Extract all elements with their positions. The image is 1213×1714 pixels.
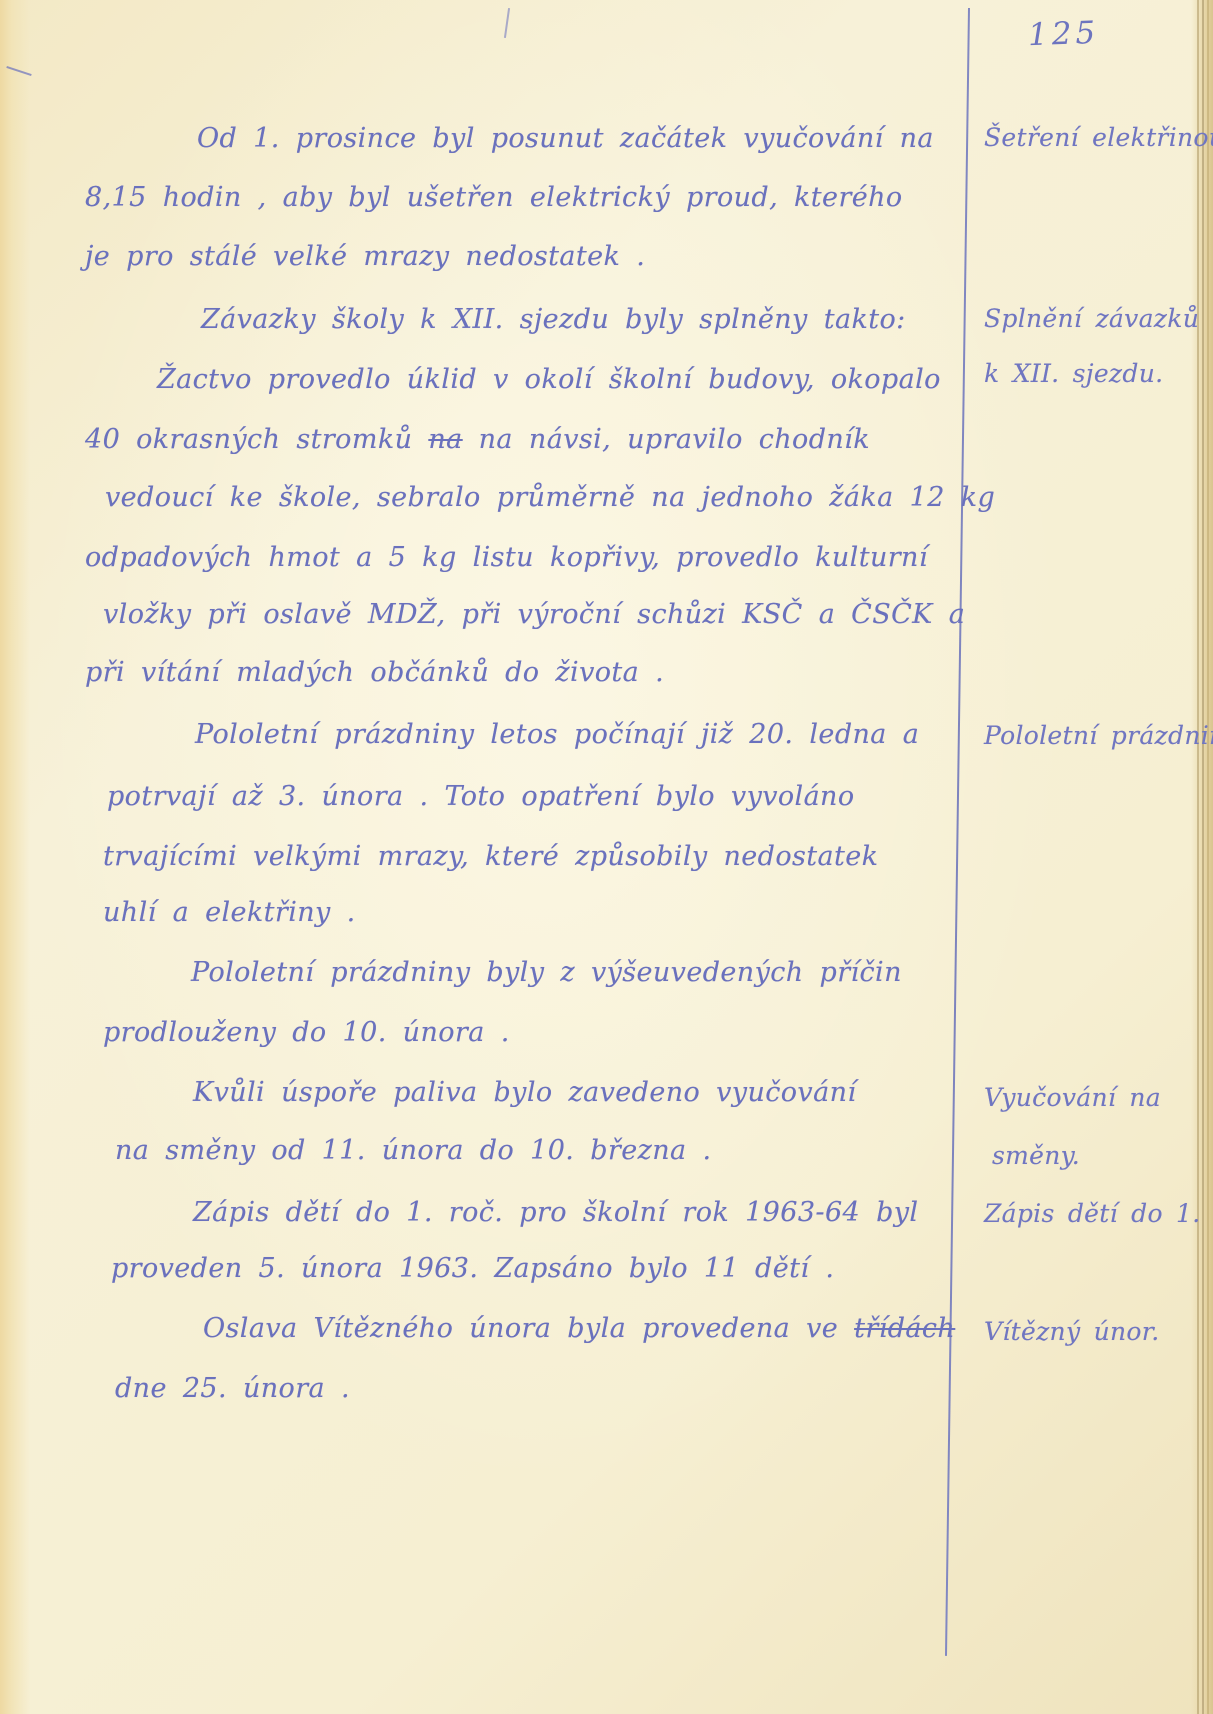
handwritten-line: Pololetní prázdniny byly z výšeuvedených…	[85, 956, 902, 990]
handwritten-line: je pro stálé velké mrazy nedostatek .	[85, 240, 645, 274]
handwritten-line: proveden 5. února 1963. Zapsáno bylo 11 …	[85, 1252, 834, 1286]
handwritten-line: Kvůli úspoře paliva bylo zavedeno vyučov…	[85, 1076, 856, 1110]
margin-note-pledges-line2: k XII. sjezdu.	[984, 358, 1163, 390]
handwritten-line: dne 25. února .	[85, 1372, 350, 1406]
page-edge-left	[0, 0, 30, 1714]
margin-note-shifts-line2: směny.	[984, 1140, 1080, 1172]
margin-note-february: Vítězný únor.	[984, 1316, 1160, 1348]
handwritten-line: vedoucí ke škole, sebralo průměrně na je…	[85, 481, 995, 515]
margin-note-pledges-line1: Splnění závazků	[984, 303, 1199, 335]
struck-word: třídách	[854, 1313, 955, 1344]
line-text: 40 okrasných stromků	[85, 424, 428, 455]
struck-word: na	[428, 424, 462, 455]
handwritten-line: Zápis dětí do 1. roč. pro školní rok 196…	[85, 1196, 918, 1230]
chronicle-page: { "page": { "number": "125" }, "colors":…	[0, 0, 1213, 1714]
handwritten-line: uhlí a elektřiny .	[85, 896, 356, 930]
handwritten-line: potrvají až 3. února . Toto opatření byl…	[85, 780, 855, 814]
handwritten-line: Od 1. prosince byl posunut začátek vyučo…	[85, 122, 934, 156]
handwritten-line: odpadových hmot a 5 kg listu kopřivy, pr…	[85, 541, 928, 575]
stray-ink-mark	[504, 8, 510, 38]
handwritten-line: na směny od 11. února do 10. března .	[85, 1134, 711, 1168]
handwritten-line: vložky při oslavě MDŽ, při výroční schůz…	[85, 598, 965, 632]
handwritten-line: Oslava Vítězného února byla provedena ve…	[85, 1312, 955, 1346]
handwritten-line: Pololetní prázdniny letos počínají již 2…	[85, 718, 919, 752]
line-text: Oslava Vítězného února byla provedena ve	[203, 1313, 854, 1344]
handwritten-line: 40 okrasných stromků na na návsi, upravi…	[85, 423, 870, 457]
margin-column-rule	[945, 8, 970, 1656]
handwritten-line: 8,15 hodin , aby byl ušetřen elektrický …	[85, 181, 903, 215]
handwritten-line: Žactvo provedlo úklid v okolí školní bud…	[85, 363, 941, 397]
handwritten-line: Závazky školy k XII. sjezdu byly splněny…	[85, 303, 906, 337]
page-stack-edge	[1202, 0, 1204, 1714]
handwritten-line: prodlouženy do 10. února .	[85, 1016, 510, 1050]
handwritten-line: trvajícími velkými mrazy, které způsobil…	[85, 840, 878, 874]
handwritten-line: při vítání mladých občánků do života .	[85, 656, 664, 690]
page-number: 125	[1027, 15, 1099, 53]
margin-note-electricity: Šetření elektřinou.	[984, 122, 1213, 154]
margin-note-shifts-line1: Vyučování na	[984, 1082, 1161, 1114]
margin-note-enrollment: Zápis dětí do 1. r.	[984, 1198, 1213, 1230]
page-stack-edge	[1207, 0, 1209, 1714]
margin-note-holidays: Pololetní prázdniny	[984, 720, 1213, 752]
line-text: na návsi, upravilo chodník	[463, 424, 870, 455]
page-stack-edge	[1197, 0, 1199, 1714]
